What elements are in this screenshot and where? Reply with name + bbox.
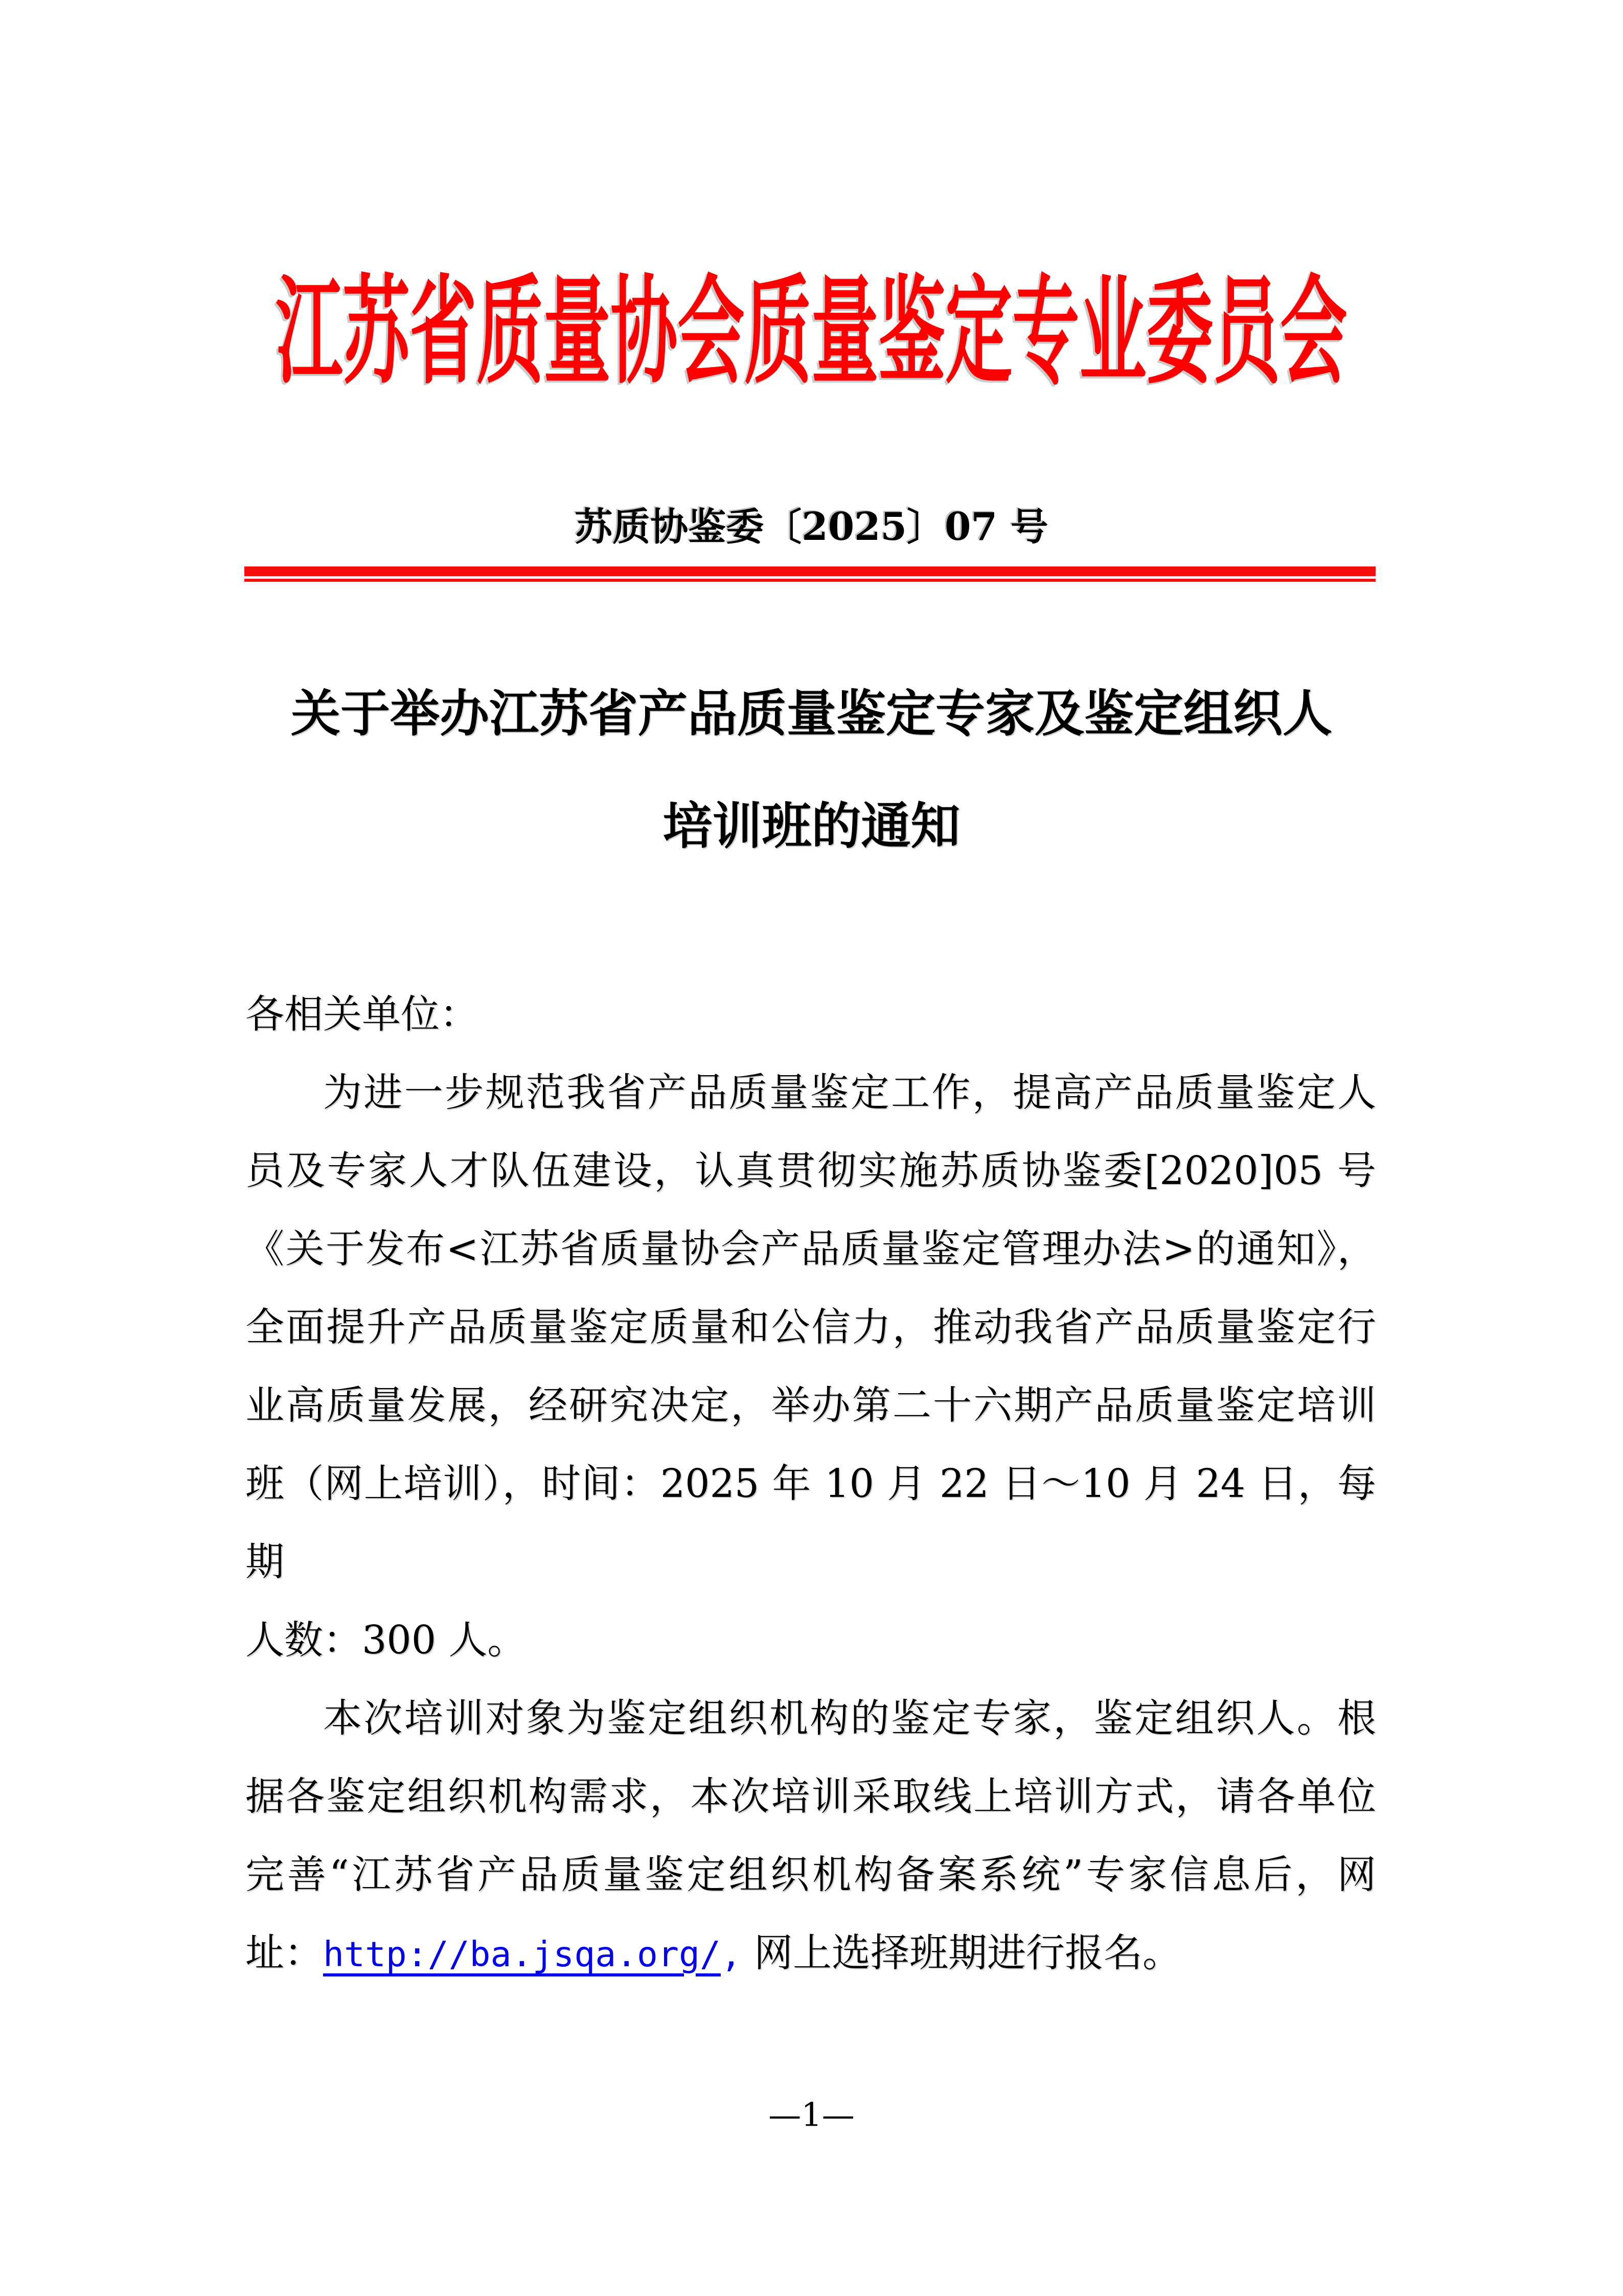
link-line-comma: , (721, 1935, 742, 1975)
notice-title-line1: 关于举办江苏省产品质量鉴定专家及鉴定组织人 (0, 657, 1623, 769)
body-lines: 各相关单位：为进一步规范我省产品质量鉴定工作，提高产品质量鉴定人员及专家人才队伍… (245, 975, 1376, 1994)
link-line-prefix: 址： (245, 1930, 323, 1975)
body-line: 《关于发布<江苏省质量协会产品质量鉴定管理办法>的通知》， (245, 1210, 1376, 1288)
document-number: 苏质协鉴委〔2025〕07 号 (0, 497, 1623, 551)
body-line: 本次培训对象为鉴定组织机构的鉴定专家，鉴定组织人。根 (245, 1679, 1376, 1757)
body-line: 全面提升产品质量鉴定质量和公信力，推动我省产品质量鉴定行 (245, 1288, 1376, 1366)
document-page: 江苏省质量协会质量鉴定专业委员会 苏质协鉴委〔2025〕07 号 关于举办江苏省… (0, 0, 1623, 2296)
body-line: 员及专家人才队伍建设，认真贯彻实施苏质协鉴委[2020]05 号 (245, 1131, 1376, 1210)
body-line: 班（网上培训），时间：2025 年 10 月 22 日～10 月 24 日，每期 (245, 1444, 1376, 1601)
notice-title: 关于举办江苏省产品质量鉴定专家及鉴定组织人 培训班的通知 (0, 657, 1623, 882)
registration-url-link[interactable]: http://ba.jsqa.org/ (323, 1935, 721, 1975)
body-line: 业高质量发展，经研究决定，举办第二十六期产品质量鉴定培训 (245, 1366, 1376, 1444)
page-number: —1— (0, 2096, 1623, 2135)
red-divider (244, 566, 1376, 582)
body-line: 址：http://ba.jsqa.org/, 网上选择班期进行报名。 (245, 1914, 1376, 1994)
org-masthead-title: 江苏省质量协会质量鉴定专业委员会 (0, 274, 1623, 390)
body-line: 完善“江苏省产品质量鉴定组织机构备案系统”专家信息后，网 (245, 1835, 1376, 1914)
body-line: 据各鉴定组织机构需求，本次培训采取线上培训方式，请各单位 (245, 1757, 1376, 1835)
link-line-suffix: 网上选择班期进行报名。 (742, 1930, 1181, 1975)
body-line: 各相关单位： (245, 975, 1376, 1053)
body-line: 为进一步规范我省产品质量鉴定工作，提高产品质量鉴定人 (245, 1053, 1376, 1131)
notice-title-line2: 培训班的通知 (0, 769, 1623, 882)
divider-thin-rule (244, 579, 1376, 582)
body-line: 人数：300 人。 (245, 1601, 1376, 1679)
divider-thick-rule (244, 566, 1376, 576)
